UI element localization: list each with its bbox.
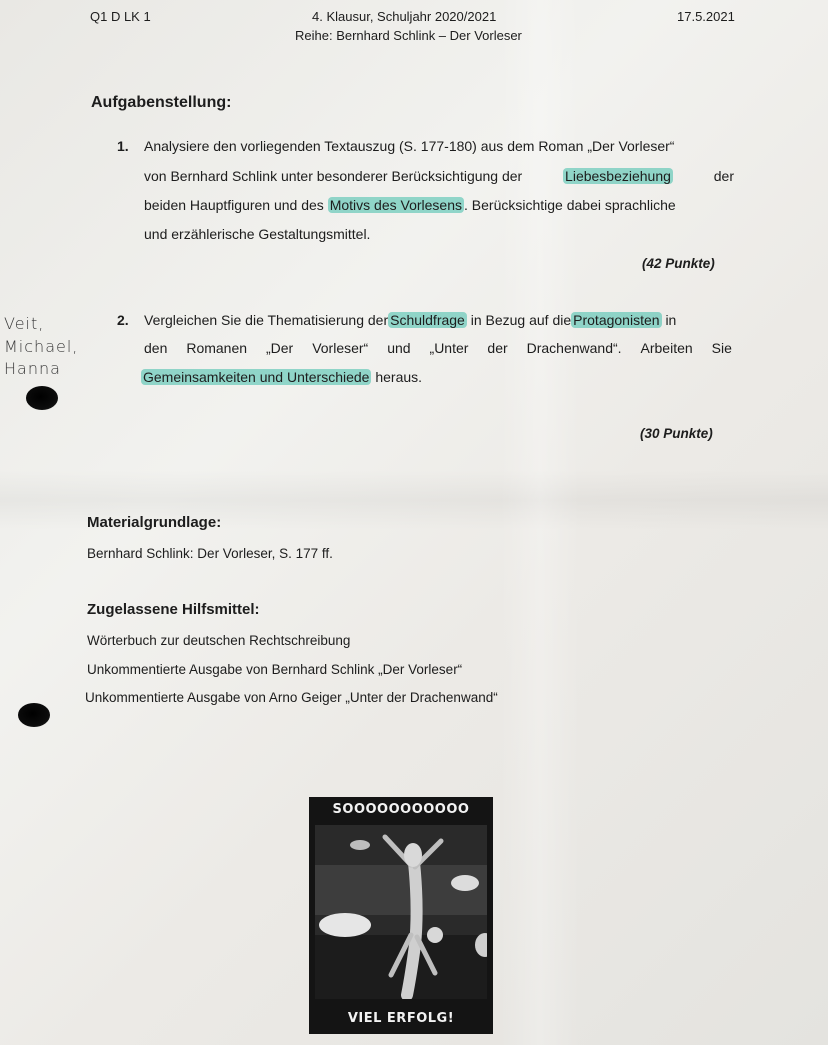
task-2-line-1-mid: in Bezug auf die — [471, 312, 571, 328]
aid-item: Wörterbuch zur deutschen Rechtschreibung — [87, 633, 350, 648]
task-2-line-1-end: in — [665, 312, 676, 328]
task-2-line-3: Gemeinsamkeiten und Unterschiede heraus. — [141, 369, 422, 385]
task-1-line-1: Analysiere den vorliegenden Textauszug (… — [144, 138, 674, 154]
exam-date: 17.5.2021 — [677, 9, 735, 24]
aid-item: Unkommentierte Ausgabe von Arno Geiger „… — [85, 690, 498, 705]
task-1-line-2: von Bernhard Schlink unter besonderer Be… — [144, 168, 734, 184]
word: Drachenwand“. — [527, 340, 622, 356]
aids-heading: Zugelassene Hilfsmittel: — [87, 601, 260, 618]
exam-title: 4. Klausur, Schuljahr 2020/2021 — [312, 9, 496, 24]
highlight-schuldfrage: Schuldfrage — [388, 312, 467, 328]
word: und — [387, 340, 410, 356]
handwritten-note-michael: Michael, — [4, 337, 78, 356]
handwritten-note-hanna: Hanna — [4, 359, 61, 378]
handwritten-note-veit: Veit, — [4, 314, 44, 333]
word: „Unter — [430, 340, 469, 356]
task-1-line-3-end: . Berücksichtige dabei sprachliche — [464, 197, 676, 213]
good-luck-meme: SOOOOOOOOOOO VIEL ERFOLG! — [309, 797, 493, 1034]
word: Vorleser“ — [312, 340, 368, 356]
word: „Der — [266, 340, 293, 356]
word: der — [487, 340, 507, 356]
meme-top-text: SOOOOOOOOOOO — [309, 802, 493, 817]
task-1-line-2-text: von Bernhard Schlink unter besonderer Be… — [144, 168, 522, 184]
word: Romanen — [186, 340, 247, 356]
task-1-line-3: beiden Hauptfiguren und des Motivs des V… — [144, 197, 676, 213]
material-text: Bernhard Schlink: Der Vorleser, S. 177 f… — [87, 546, 333, 561]
word: Arbeiten — [641, 340, 693, 356]
aid-item: Unkommentierte Ausgabe von Bernhard Schl… — [87, 662, 462, 677]
task-2-line-3-end: heraus. — [375, 369, 422, 385]
highlight-motiv-vorlesen: Motivs des Vorlesens — [328, 197, 464, 213]
task-2-line-2: den Romanen „Der Vorleser“ und „Unter de… — [144, 340, 732, 356]
highlight-liebesbeziehung: Liebesbeziehung — [563, 168, 673, 184]
punch-hole-top — [26, 386, 58, 410]
task-2-number: 2. — [117, 312, 129, 328]
meme-bottom-text: VIEL ERFOLG! — [309, 1011, 493, 1026]
material-heading: Materialgrundlage: — [87, 514, 221, 531]
task-1-line-4: und erzählerische Gestaltungsmittel. — [144, 226, 370, 242]
word: den — [144, 340, 167, 356]
task-1-number: 1. — [117, 138, 129, 154]
gecko-image — [315, 825, 487, 999]
highlight-gemeinsamkeiten: Gemeinsamkeiten und Unterschiede — [141, 369, 371, 385]
task-2-line-1-text: Vergleichen Sie die Thematisierung der — [144, 312, 388, 328]
exam-series: Reihe: Bernhard Schlink – Der Vorleser — [295, 28, 522, 43]
word: Sie — [712, 340, 732, 356]
task-1-points: (42 Punkte) — [642, 256, 715, 271]
task-1-line-2-end: der — [714, 168, 734, 184]
task-2-line-1: Vergleichen Sie die Thematisierung derSc… — [144, 312, 676, 328]
course-label: Q1 D LK 1 — [90, 9, 151, 24]
task-2-points: (30 Punkte) — [640, 426, 713, 441]
highlight-protagonisten: Protagonisten — [571, 312, 661, 328]
task-1-line-3-text: beiden Hauptfiguren und des — [144, 197, 324, 213]
tasks-heading: Aufgabenstellung: — [91, 94, 231, 112]
paper-fold-light — [500, 0, 580, 1045]
punch-hole-bottom — [18, 703, 50, 727]
